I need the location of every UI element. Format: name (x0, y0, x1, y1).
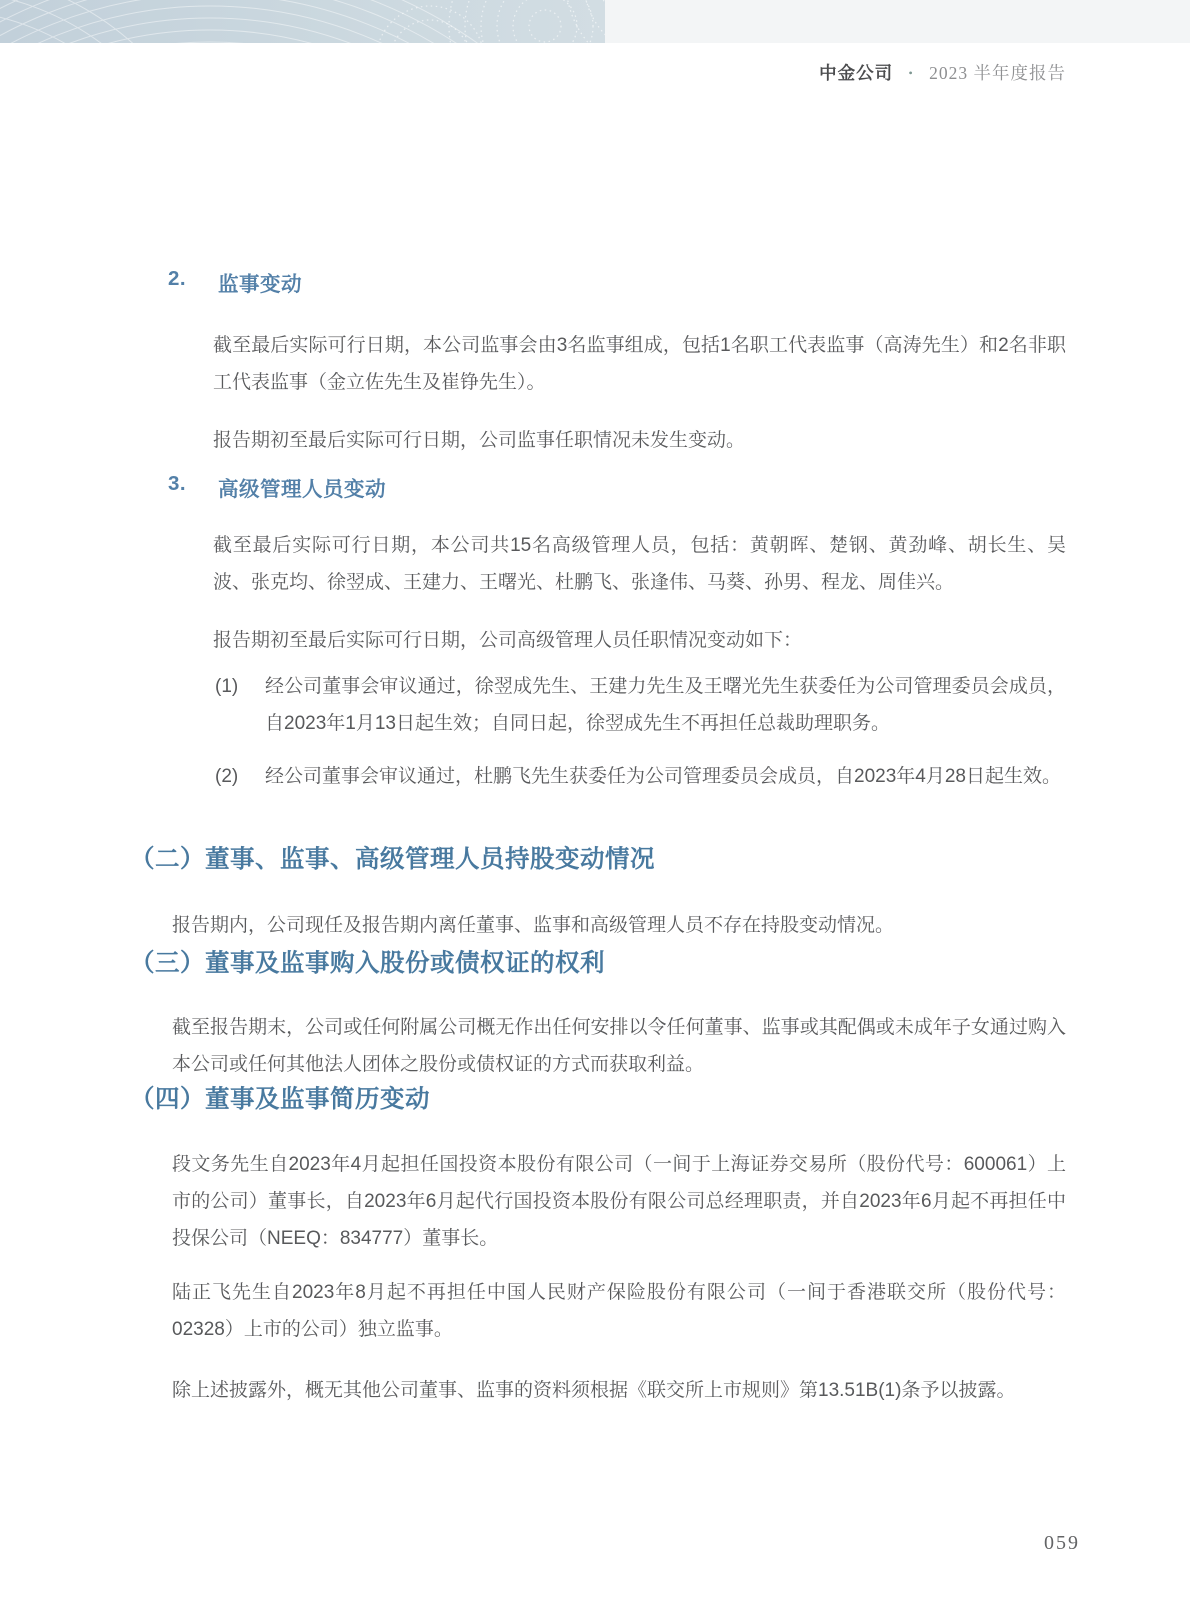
paragraph: 报告期内，公司现任及报告期内离任董事、监事和高级管理人员不存在持股变动情况。 (172, 907, 1066, 944)
list-item-number: (2) (215, 758, 265, 795)
paragraph: 截至报告期末，公司或任何附属公司概无作出任何安排以令任何董事、监事或其配偶或未成… (172, 1009, 1066, 1083)
subsection-3-title: 高级管理人员变动 (218, 472, 386, 502)
paragraph: 报告期初至最后实际可行日期，公司高级管理人员任职情况变动如下： (213, 622, 1066, 659)
subsection-3-heading: 3. 高级管理人员变动 (168, 472, 386, 502)
paragraph: 报告期初至最后实际可行日期，公司监事任职情况未发生变动。 (213, 422, 1066, 459)
page-header: 中金公司 • 2023 半年度报告 (819, 60, 1066, 85)
company-name: 中金公司 (819, 63, 893, 83)
section-3-heading: （三）董事及监事购入股份或债权证的权利 (130, 944, 605, 979)
subsection-2-number: 2. (168, 267, 218, 297)
page-number: 059 (1044, 1532, 1080, 1555)
list-item-text: 经公司董事会审议通过，杜鹏飞先生获委任为公司管理委员会成员，自2023年4月28… (265, 758, 1066, 795)
header-band-right (605, 0, 1190, 43)
subsection-2-title: 监事变动 (218, 267, 302, 297)
paragraph: 除上述披露外，概无其他公司董事、监事的资料须根据《联交所上市规则》第13.51B… (172, 1372, 1066, 1409)
report-title: 2023 半年度报告 (929, 63, 1066, 83)
separator-dot-icon: • (909, 66, 914, 80)
header-band (0, 0, 605, 43)
list-item-number: (1) (215, 668, 265, 742)
list-item-text: 经公司董事会审议通过，徐翌成先生、王建力先生及王曙光先生获委任为公司管理委员会成… (265, 668, 1066, 742)
paragraph: 段文务先生自2023年4月起担任国投资本股份有限公司（一间于上海证券交易所（股份… (172, 1146, 1066, 1257)
subsection-3-number: 3. (168, 472, 218, 502)
header-band-wave-pattern (0, 0, 605, 43)
subsection-2-heading: 2. 监事变动 (168, 267, 302, 297)
paragraph: 截至最后实际可行日期，本公司监事会由3名监事组成，包括1名职工代表监事（高涛先生… (213, 327, 1066, 401)
section-4-heading: （四）董事及监事简历变动 (130, 1080, 430, 1115)
section-2-heading: （二）董事、监事、高级管理人员持股变动情况 (130, 840, 655, 875)
paragraph: 陆正飞先生自2023年8月起不再担任中国人民财产保险股份有限公司（一间于香港联交… (172, 1274, 1066, 1348)
list-item: (2) 经公司董事会审议通过，杜鹏飞先生获委任为公司管理委员会成员，自2023年… (215, 758, 1066, 795)
paragraph: 截至最后实际可行日期，本公司共15名高级管理人员，包括：黄朝晖、楚钢、黄劲峰、胡… (213, 527, 1066, 601)
list-item: (1) 经公司董事会审议通过，徐翌成先生、王建力先生及王曙光先生获委任为公司管理… (215, 668, 1066, 742)
